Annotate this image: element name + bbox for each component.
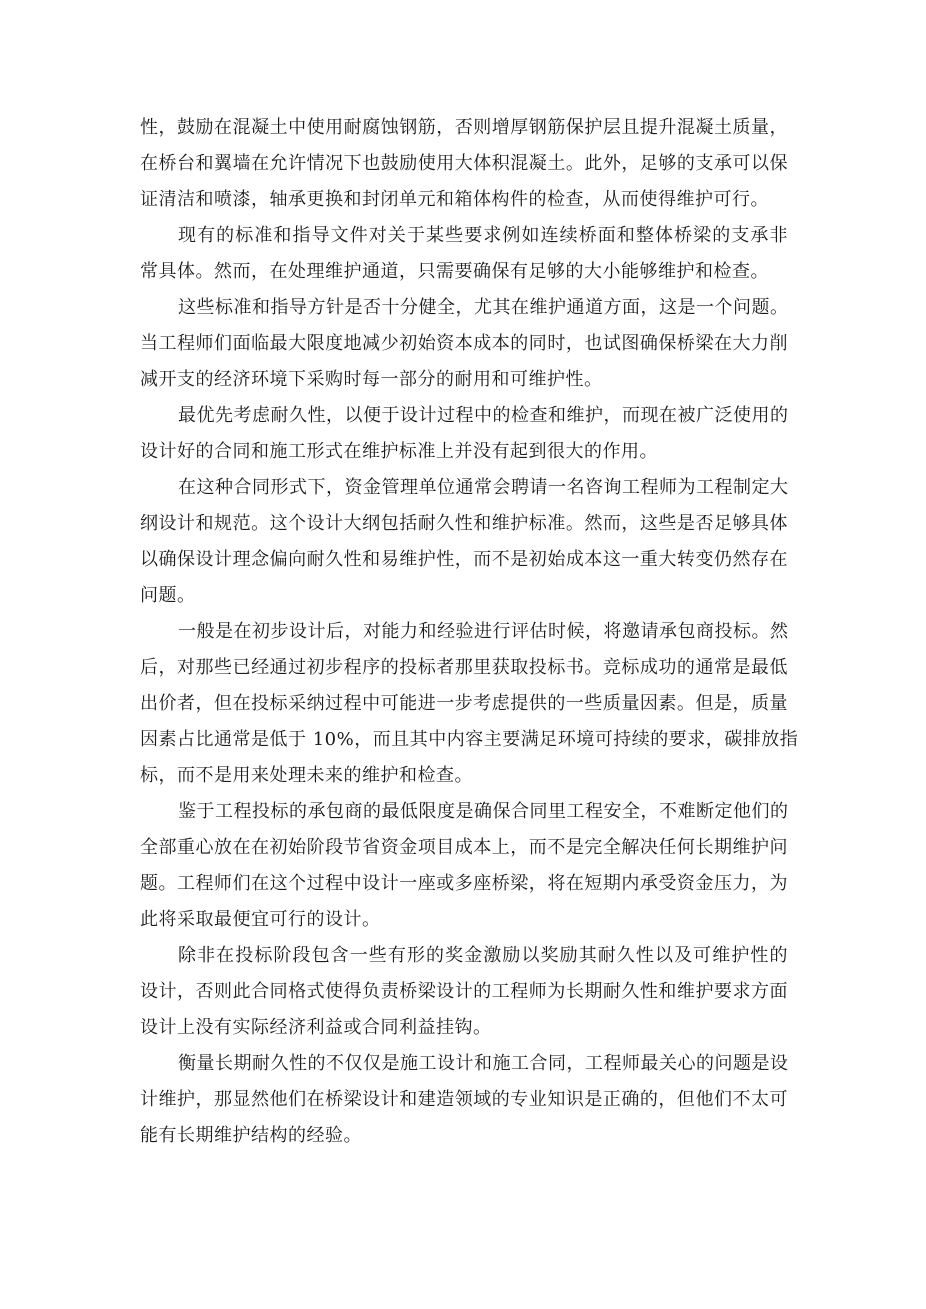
text-line: 能有长期维护结构的经验。 [140, 1118, 788, 1154]
text-line: 全部重心放在在初始阶段节省资金项目成本上，而不是完全解决任何长期维护问 [140, 830, 788, 866]
paragraph-1: 性，鼓励在混凝土中使用耐腐蚀钢筋，否则增厚钢筋保护层且提升混凝土质量， 在桥台和… [140, 110, 788, 218]
paragraph-4: 最优先考虑耐久性，以便于设计过程中的检查和维护，而现在被广泛使用的 设计好的合同… [140, 398, 788, 470]
paragraph-2: 现有的标准和指导文件对关于某些要求例如连续桥面和整体桥梁的支承非 常具体。然而，… [140, 218, 788, 290]
text-line: 除非在投标阶段包含一些有形的奖金激励以奖励其耐久性以及可维护性的 [140, 938, 788, 974]
document-page: 性，鼓励在混凝土中使用耐腐蚀钢筋，否则增厚钢筋保护层且提升混凝土质量， 在桥台和… [140, 110, 788, 1154]
text-line: 纲设计和规范。这个设计大纲包括耐久性和维护标准。然而，这些是否足够具体 [140, 506, 788, 542]
paragraph-3: 这些标准和指导方针是否十分健全，尤其在维护通道方面，这是一个问题。 当工程师们面… [140, 290, 788, 398]
text-line: 问题。 [140, 578, 788, 614]
text-line: 衡量长期耐久性的不仅仅是施工设计和施工合同，工程师最关心的问题是设 [140, 1046, 788, 1082]
text-line: 此将采取最便宜可行的设计。 [140, 902, 788, 938]
text-line: 在这种合同形式下，资金管理单位通常会聘请一名咨询工程师为工程制定大 [140, 470, 788, 506]
paragraph-6: 一般是在初步设计后，对能力和经验进行评估时候，将邀请承包商投标。然 后，对那些已… [140, 614, 788, 794]
text-line: 当工程师们面临最大限度地减少初始资本成本的同时，也试图确保桥梁在大力削 [140, 326, 788, 362]
text-line: 常具体。然而，在处理维护通道，只需要确保有足够的大小能够维护和检查。 [140, 254, 788, 290]
text-line: 设计上没有实际经济利益或合同利益挂钩。 [140, 1010, 788, 1046]
text-line: 在桥台和翼墙在允许情况下也鼓励使用大体积混凝土。此外，足够的支承可以保 [140, 146, 788, 182]
text-line: 设计好的合同和施工形式在维护标准上并没有起到很大的作用。 [140, 434, 788, 470]
text-line: 一般是在初步设计后，对能力和经验进行评估时候，将邀请承包商投标。然 [140, 614, 788, 650]
paragraph-8: 除非在投标阶段包含一些有形的奖金激励以奖励其耐久性以及可维护性的 设计，否则此合… [140, 938, 788, 1046]
text-line: 减开支的经济环境下采购时每一部分的耐用和可维护性。 [140, 362, 788, 398]
paragraph-9: 衡量长期耐久性的不仅仅是施工设计和施工合同，工程师最关心的问题是设 计维护，那显… [140, 1046, 788, 1154]
text-line: 标，而不是用来处理未来的维护和检查。 [140, 758, 788, 794]
text-line: 证清洁和喷漆，轴承更换和封闭单元和箱体构件的检查，从而使得维护可行。 [140, 182, 788, 218]
text-line: 现有的标准和指导文件对关于某些要求例如连续桥面和整体桥梁的支承非 [140, 218, 788, 254]
text-line: 性，鼓励在混凝土中使用耐腐蚀钢筋，否则增厚钢筋保护层且提升混凝土质量， [140, 110, 788, 146]
paragraph-7: 鉴于工程投标的承包商的最低限度是确保合同里工程安全，不难断定他们的 全部重心放在… [140, 794, 788, 938]
text-line: 这些标准和指导方针是否十分健全，尤其在维护通道方面，这是一个问题。 [140, 290, 788, 326]
text-line: 设计，否则此合同格式使得负责桥梁设计的工程师为长期耐久性和维护要求方面 [140, 974, 788, 1010]
text-line: 题。工程师们在这个过程中设计一座或多座桥梁，将在短期内承受资金压力，为 [140, 866, 788, 902]
paragraph-5: 在这种合同形式下，资金管理单位通常会聘请一名咨询工程师为工程制定大 纲设计和规范… [140, 470, 788, 614]
text-line: 最优先考虑耐久性，以便于设计过程中的检查和维护，而现在被广泛使用的 [140, 398, 788, 434]
text-line: 以确保设计理念偏向耐久性和易维护性，而不是初始成本这一重大转变仍然存在 [140, 542, 788, 578]
text-line: 后，对那些已经通过初步程序的投标者那里获取投标书。竞标成功的通常是最低 [140, 650, 788, 686]
text-line: 出价者，但在投标采纳过程中可能进一步考虑提供的一些质量因素。但是，质量 [140, 686, 788, 722]
text-line: 计维护，那显然他们在桥梁设计和建造领域的专业知识是正确的，但他们不太可 [140, 1082, 788, 1118]
text-line: 因素占比通常是低于 10%，而且其中内容主要满足环境可持续的要求，碳排放指 [140, 722, 788, 758]
text-line: 鉴于工程投标的承包商的最低限度是确保合同里工程安全，不难断定他们的 [140, 794, 788, 830]
